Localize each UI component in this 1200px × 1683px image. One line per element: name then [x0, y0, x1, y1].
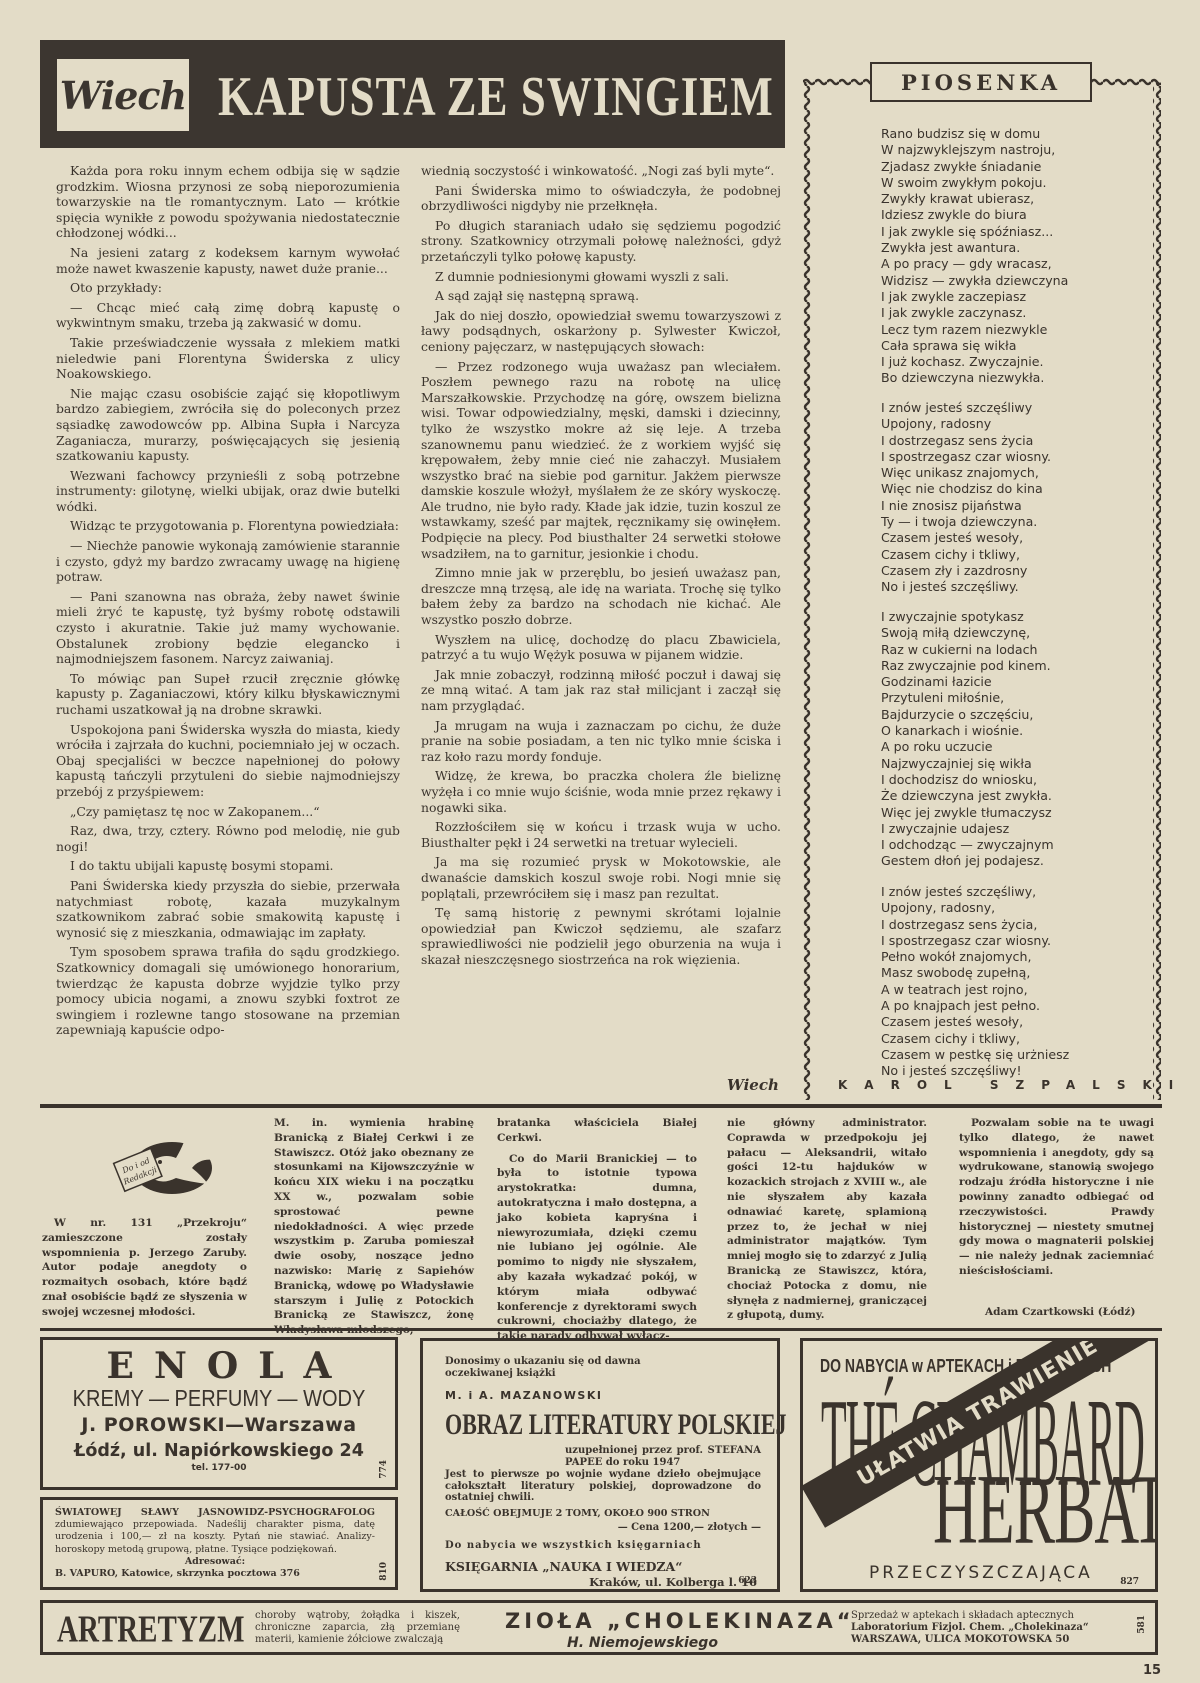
- paragraph: Takie przeświadczenie wyssała z mlekiem …: [56, 335, 400, 382]
- ad-sales: Sprzedaż w aptekach i składach aptecznyc…: [851, 1610, 1106, 1646]
- wiech-logo: Wiech: [60, 73, 186, 118]
- wiech-logo-box: Wiech: [57, 59, 189, 131]
- poem-line: W najzwyklejszym nastroju,: [881, 142, 1068, 158]
- poem-title: PIOSENKA: [901, 70, 1061, 95]
- ad-vapuro: ŚWIATOWEJ SŁAWY JASNOWIDZ-PSYCHOGRAFOLOG…: [40, 1497, 398, 1590]
- paragraph: Wyszłem na ulicę, dochodzę do placu Zbaw…: [421, 632, 781, 663]
- paragraph: Nie mając czasu osobiście zająć się kłop…: [56, 386, 400, 464]
- ad-number: 581: [1137, 1615, 1147, 1634]
- poem-line: Rano budzisz się w domu: [881, 126, 1068, 142]
- poem-line: I nie znosisz pijaństwa: [881, 498, 1051, 514]
- paragraph: Pani Świderska kiedy przyszła do siebie,…: [56, 878, 400, 940]
- poem-line: Czasem cichy i tkliwy,: [881, 1031, 1069, 1047]
- article-column-2: wiednią soczystość i winkowatość. „Nogi …: [421, 163, 781, 972]
- poem-line: I jak zwykle zaczynasz.: [881, 305, 1068, 321]
- poem-stanza: Rano budzisz się w domu W najzwyklejszym…: [881, 126, 1068, 387]
- poem-line: Swoją miłą dziewczynę,: [881, 625, 1054, 641]
- letter-column: bratanka właściciela Białej Cerkwi. Co d…: [497, 1116, 697, 1344]
- poem-line: Ty — i twoja dziewczyna.: [881, 514, 1051, 530]
- paragraph: wiednią soczystość i winkowatość. „Nogi …: [421, 163, 781, 179]
- poem-line: Upojony, radosny,: [881, 900, 1069, 916]
- ad-sales-line: Laboratorium Fizjol. Chem. „Cholekinaza“: [851, 1622, 1106, 1634]
- ad-brand: ZIOŁA „CHOLEKINAZA“: [505, 1609, 855, 1633]
- poem-line: I jak zwykle zaczepiasz: [881, 289, 1068, 305]
- ad-number: 810: [379, 1562, 389, 1581]
- paragraph: Wezwani fachowcy przynieśli z sobą potrz…: [56, 468, 400, 515]
- ad-headline: ARTRETYZM: [57, 1609, 245, 1652]
- paragraph: Na jesieni zatarg z kodeksem karnym wywo…: [56, 245, 400, 276]
- letter-column: W nr. 131 „Przekroju“ zamieszczone zosta…: [42, 1216, 247, 1320]
- paragraph: nie główny administrator. Coprawda w prz…: [727, 1116, 927, 1323]
- ad-intro: Donosimy o ukazaniu się od dawna oczekiw…: [445, 1356, 645, 1380]
- paragraph: Każda pora roku innym echem odbija się w…: [56, 163, 400, 241]
- page-number: 15: [1143, 1663, 1161, 1678]
- ad-company: J. POROWSKI—Warszawa: [43, 1412, 395, 1439]
- ad-mazanowski-book: Donosimy o ukazaniu się od dawna oczekiw…: [420, 1338, 780, 1592]
- poem-line: Lecz tym razem niezwykle: [881, 322, 1068, 338]
- paragraph: „Czy pamiętasz tę noc w Zakopanem...“: [56, 804, 400, 820]
- poem-line: Że dziewczyna jest zwykła.: [881, 788, 1054, 804]
- poem-line: I odchodząc — zwyczajnym: [881, 837, 1054, 853]
- ad-text: zdumiewająco przepowiada. Nadeślij chara…: [55, 1519, 375, 1554]
- article-column-1: Każda pora roku innym echem odbija się w…: [56, 163, 400, 1042]
- poem-line: Raz zwyczajnie pod kinem.: [881, 658, 1054, 674]
- ad-address: Kraków, ul. Kolberga l. 16: [589, 1575, 757, 1589]
- paragraph: Jak mnie zobaczył, rodzinną miłość poczu…: [421, 667, 781, 714]
- paragraph: M. in. wymienia hrabinę Branicką z Białe…: [274, 1116, 474, 1338]
- poem-line: No i jesteś szczęśliwy.: [881, 579, 1051, 595]
- paragraph: Oto przykłady:: [56, 280, 400, 296]
- poem-box: PIOSENKA Rano budzisz się w domu W najzw…: [803, 62, 1161, 1100]
- ad-availability: Do nabycia we wszystkich księgarniach: [445, 1540, 761, 1551]
- paragraph: — Przez rodzonego wuja uważasz pan wleci…: [421, 359, 781, 562]
- poem-line: Zwykła jest awantura.: [881, 240, 1068, 256]
- paragraph: I do taktu ubijali kapustę bosymi stopam…: [56, 858, 400, 874]
- ad-number: 623: [738, 1576, 757, 1586]
- ad-sales-line: Sprzedaż w aptekach i składach aptecznyc…: [851, 1610, 1106, 1622]
- paragraph: Widząc te przygotowania p. Florentyna po…: [56, 518, 400, 534]
- poem-line: Zjadasz zwykłe śniadanie: [881, 159, 1068, 175]
- ad-enola: ENOLA KREMY — PERFUMY — WODY J. POROWSKI…: [40, 1337, 398, 1490]
- ad-volumes: CAŁOŚĆ OBEJMUJE 2 TOMY, OKOŁO 900 STRON: [445, 1508, 761, 1519]
- poem-line: I już kochasz. Zwyczajnie.: [881, 354, 1068, 370]
- poem-line: Więc nie chodzisz do kina: [881, 481, 1051, 497]
- paragraph: Co do Marii Branickiej — to była to isto…: [497, 1152, 697, 1344]
- poem-line: Najzwyczajniej się wikła: [881, 756, 1054, 772]
- poem-line: I spostrzegasz czar wiosny.: [881, 449, 1051, 465]
- section-divider: [40, 1328, 1162, 1331]
- ad-cholekinaza: ARTRETYZM choroby wątroby, żołądka i kis…: [40, 1600, 1158, 1655]
- poem-stanza: I zwyczajnie spotykasz Swoją miłą dziewc…: [881, 609, 1054, 870]
- ad-supplement: uzupełnionej przez prof. STEFANA PAPEE d…: [565, 1445, 761, 1469]
- poem-line: Idziesz zwykle do biura: [881, 207, 1068, 223]
- article-signature: Wiech: [727, 1076, 779, 1094]
- ad-number: 827: [1120, 1577, 1139, 1587]
- poem-line: Bo dziewczyna niezwykła.: [881, 370, 1068, 386]
- paragraph: Po długich staraniach udało się sędziemu…: [421, 218, 781, 265]
- ad-author: H. Niemojewskiego: [567, 1635, 718, 1651]
- poem-line: Czasem cichy i tkliwy,: [881, 547, 1051, 563]
- poem-line: Czasem jesteś wesoły,: [881, 530, 1051, 546]
- ad-address-label: Adresować:: [55, 1556, 375, 1568]
- poem-line: I spostrzegasz czar wiosny.: [881, 933, 1069, 949]
- poem-line: Przytuleni miłośnie,: [881, 690, 1054, 706]
- paragraph: Ja mrugam na wuja i zaznaczam po cichu, …: [421, 718, 781, 765]
- poem-line: Bajdurzycie o szczęściu,: [881, 707, 1054, 723]
- paragraph: Jak do niej doszło, opowiedział swemu to…: [421, 308, 781, 355]
- paragraph: Tym sposobem sprawa trafiła do sądu grod…: [56, 944, 400, 1038]
- ad-description: Jest to pierwsze po wojnie wydane dzieło…: [445, 1469, 761, 1504]
- ad-number: 774: [379, 1460, 389, 1479]
- ad-the-chambard: DO NABYCIA w APTEKACH i DROGERIACH THÉ C…: [800, 1338, 1158, 1592]
- ad-headline: ŚWIATOWEJ SŁAWY JASNOWIDZ-PSYCHOGRAFOLOG: [55, 1507, 375, 1518]
- poem-title-box: PIOSENKA: [870, 62, 1092, 102]
- paragraph: A sąd zajął się następną sprawą.: [421, 288, 781, 304]
- poem-line: I dochodzisz do wniosku,: [881, 772, 1054, 788]
- poem-line: Masz swobodę zupełną,: [881, 965, 1069, 981]
- poem-line: Widzisz — zwykła dziewczyna: [881, 273, 1068, 289]
- poem-line: Czasem zły i zazdrosny: [881, 563, 1051, 579]
- letter-column: M. in. wymienia hrabinę Branicką z Białe…: [274, 1116, 474, 1338]
- poem-line: I dostrzegasz sens życia,: [881, 917, 1069, 933]
- poem-line: W swoim zwykłym pokoju.: [881, 175, 1068, 191]
- poem-line: I jak zwykle się spóźniasz...: [881, 224, 1068, 240]
- paragraph: Tę samą historię z pewnymi skrótami loja…: [421, 905, 781, 967]
- ad-store: KSIĘGARNIA „NAUKA I WIEDZA“: [445, 1559, 682, 1574]
- poem-line: I zwyczajnie udajesz: [881, 821, 1054, 837]
- poem-author: KAROL SZPALSKI: [838, 1078, 1138, 1092]
- poem-stanza: I znów jesteś szczęśliwy, Upojony, rados…: [881, 884, 1069, 1080]
- poem-line: Czasem jesteś wesoły,: [881, 1014, 1069, 1030]
- paragraph: Pani Świderska mimo to oświadczyła, że p…: [421, 183, 781, 214]
- paragraph: Widzę, że krewa, bo praczka cholera źle …: [421, 768, 781, 815]
- paragraph: Uspokojona pani Świderska wyszła do mias…: [56, 722, 400, 800]
- poem-line: Godzinami łazicie: [881, 674, 1054, 690]
- paragraph: Rozzłościłem się w końcu i trzask wuja w…: [421, 819, 781, 850]
- poem-line: I zwyczajnie spotykasz: [881, 609, 1054, 625]
- ad-products: KREMY — PERFUMY — WODY: [43, 1384, 395, 1414]
- poem-line: A po pracy — gdy wracasz,: [881, 256, 1068, 272]
- poem-line: I dostrzegasz sens życia: [881, 433, 1051, 449]
- paragraph: Raz, dwa, trzy, cztery. Równo pod melodi…: [56, 823, 400, 854]
- paragraph: — Chcąc mieć całą zimę dobrą kapustę o w…: [56, 300, 400, 331]
- paragraph: — Pani szanowna nas obraża, żeby nawet ś…: [56, 589, 400, 667]
- ad-sales-line: WARSZAWA, ULICA MOKOTOWSKA 50: [851, 1634, 1106, 1646]
- ad-phone: tel. 177-00: [43, 1463, 395, 1473]
- poem-line: I znów jesteś szczęśliwy: [881, 400, 1051, 416]
- ad-book-title: OBRAZ LITERATURY POLSKIEJ: [445, 1407, 787, 1442]
- ad-body: ŚWIATOWEJ SŁAWY JASNOWIDZ-PSYCHOGRAFOLOG…: [55, 1507, 375, 1580]
- article-title: KAPUSTA ZE SWINGIEM: [218, 51, 774, 141]
- poem-line: Gestem dłoń jej podajesz.: [881, 853, 1054, 869]
- poem-line: Pełno wokół znajomych,: [881, 949, 1069, 965]
- poem-line: A po roku uczucie: [881, 739, 1054, 755]
- ad-book-author: M. i A. MAZANOWSKI: [445, 1389, 602, 1402]
- paragraph: To mówiąc pan Supeł rzucił zręcznie głów…: [56, 671, 400, 718]
- paragraph: Pozwalam sobie na te uwagi tylko dlatego…: [959, 1116, 1154, 1279]
- letter-author: Adam Czartkowski (Łódź): [985, 1306, 1135, 1318]
- poem-line: I znów jesteś szczęśliwy,: [881, 884, 1069, 900]
- poem-line: Cała sprawa się wikła: [881, 338, 1068, 354]
- ad-address: Łódź, ul. Napiórkowskiego 24: [43, 1439, 395, 1463]
- article-header: Wiech KAPUSTA ZE SWINGIEM: [40, 40, 785, 148]
- ad-brand: ENOLA: [43, 1346, 395, 1386]
- poem-line: O kanarkach i wiośnie.: [881, 723, 1054, 739]
- dove-mail-icon: Do i od Redakcji: [110, 1124, 220, 1200]
- paragraph: Z dumnie podniesionymi głowami wyszli z …: [421, 269, 781, 285]
- letter-column: nie główny administrator. Coprawda w prz…: [727, 1116, 927, 1323]
- section-divider: [40, 1104, 1162, 1108]
- poem-line: Czasem w pestkę się urżniesz: [881, 1047, 1069, 1063]
- poem-line: Raz w cukierni na lodach: [881, 642, 1054, 658]
- poem-line: Więc jej zwykle tłumaczysz: [881, 805, 1054, 821]
- poem-stanza: I znów jesteś szczęśliwy Upojony, radosn…: [881, 400, 1051, 596]
- paragraph: Zimno mnie jak w przeręblu, bo jesień uw…: [421, 565, 781, 627]
- poem-line: Upojony, radosny: [881, 416, 1051, 432]
- poem-line: A po knajpach jest pełno.: [881, 998, 1069, 1014]
- letter-column: Pozwalam sobie na te uwagi tylko dlatego…: [959, 1116, 1154, 1279]
- poem-line: Zwykły krawat ubierasz,: [881, 191, 1068, 207]
- paragraph: Ja ma się rozumieć prysk w Mokotowskie, …: [421, 854, 781, 901]
- ad-diseases: choroby wątroby, żołądka i kiszek, chron…: [255, 1610, 460, 1646]
- poem-line: A w teatrach jest rojno,: [881, 982, 1069, 998]
- ad-price: — Cena 1200,— złotych —: [445, 1522, 761, 1533]
- paragraph: W nr. 131 „Przekroju“ zamieszczone zosta…: [42, 1216, 247, 1320]
- ad-product: HERBATA: [933, 1461, 1158, 1560]
- poem-line: Więc unikasz znajomych,: [881, 465, 1051, 481]
- ad-address: B. VAPURO, Katowice, skrzynka pocztowa 3…: [55, 1568, 300, 1579]
- paragraph: bratanka właściciela Białej Cerkwi.: [497, 1116, 697, 1146]
- ad-subtitle: PRZECZYSZCZAJĄCA: [869, 1563, 1093, 1583]
- paragraph: — Niechże panowie wykonają zamówienie st…: [56, 538, 400, 585]
